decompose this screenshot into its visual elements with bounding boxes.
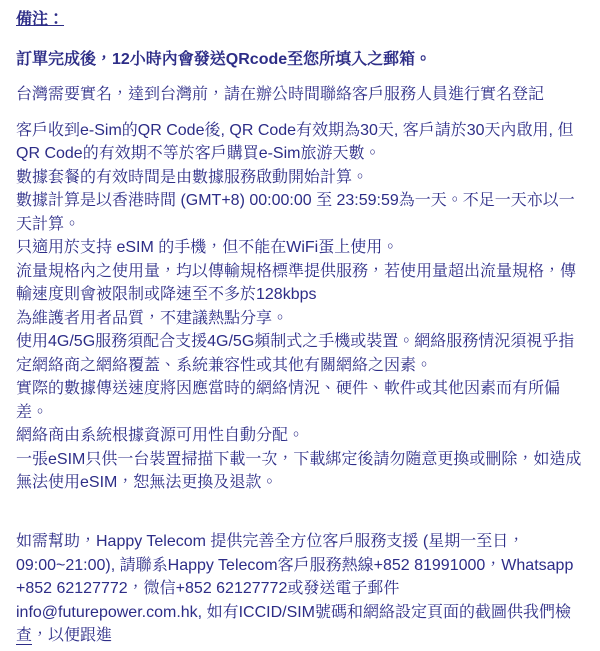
delivery-note: 訂單完成後，12小時內會發送QRcode至您所填入之郵箱。: [16, 48, 592, 72]
support-tail: ，以便跟進: [32, 627, 112, 644]
support-intro: 如需幫助，Happy Telecom 提供完善全方位客戶服務支援 (星期一至日，…: [16, 533, 573, 597]
support-check-char-underlined: 查: [16, 627, 32, 645]
notes-title: 備注：: [16, 8, 592, 32]
support-after-email: , 如有ICCID/SIM號碼和網絡設定頁面的截圖供我們檢: [198, 604, 571, 621]
notes-page: 備注： 訂單完成後，12小時內會發送QRcode至您所填入之郵箱。 台灣需要實名…: [0, 0, 600, 651]
terms-note: 客戶收到e-Sim的QR Code後, QR Code有效期為30天, 客戶請於…: [16, 119, 592, 495]
support-email: info@futurepower.com.hk: [16, 604, 198, 621]
realname-note: 台灣需要實名，達到台灣前，請在辦公時間聯絡客戶服務人員進行實名登記: [16, 83, 592, 107]
support-note: 如需幫助，Happy Telecom 提供完善全方位客戶服務支援 (星期一至日，…: [16, 507, 592, 648]
